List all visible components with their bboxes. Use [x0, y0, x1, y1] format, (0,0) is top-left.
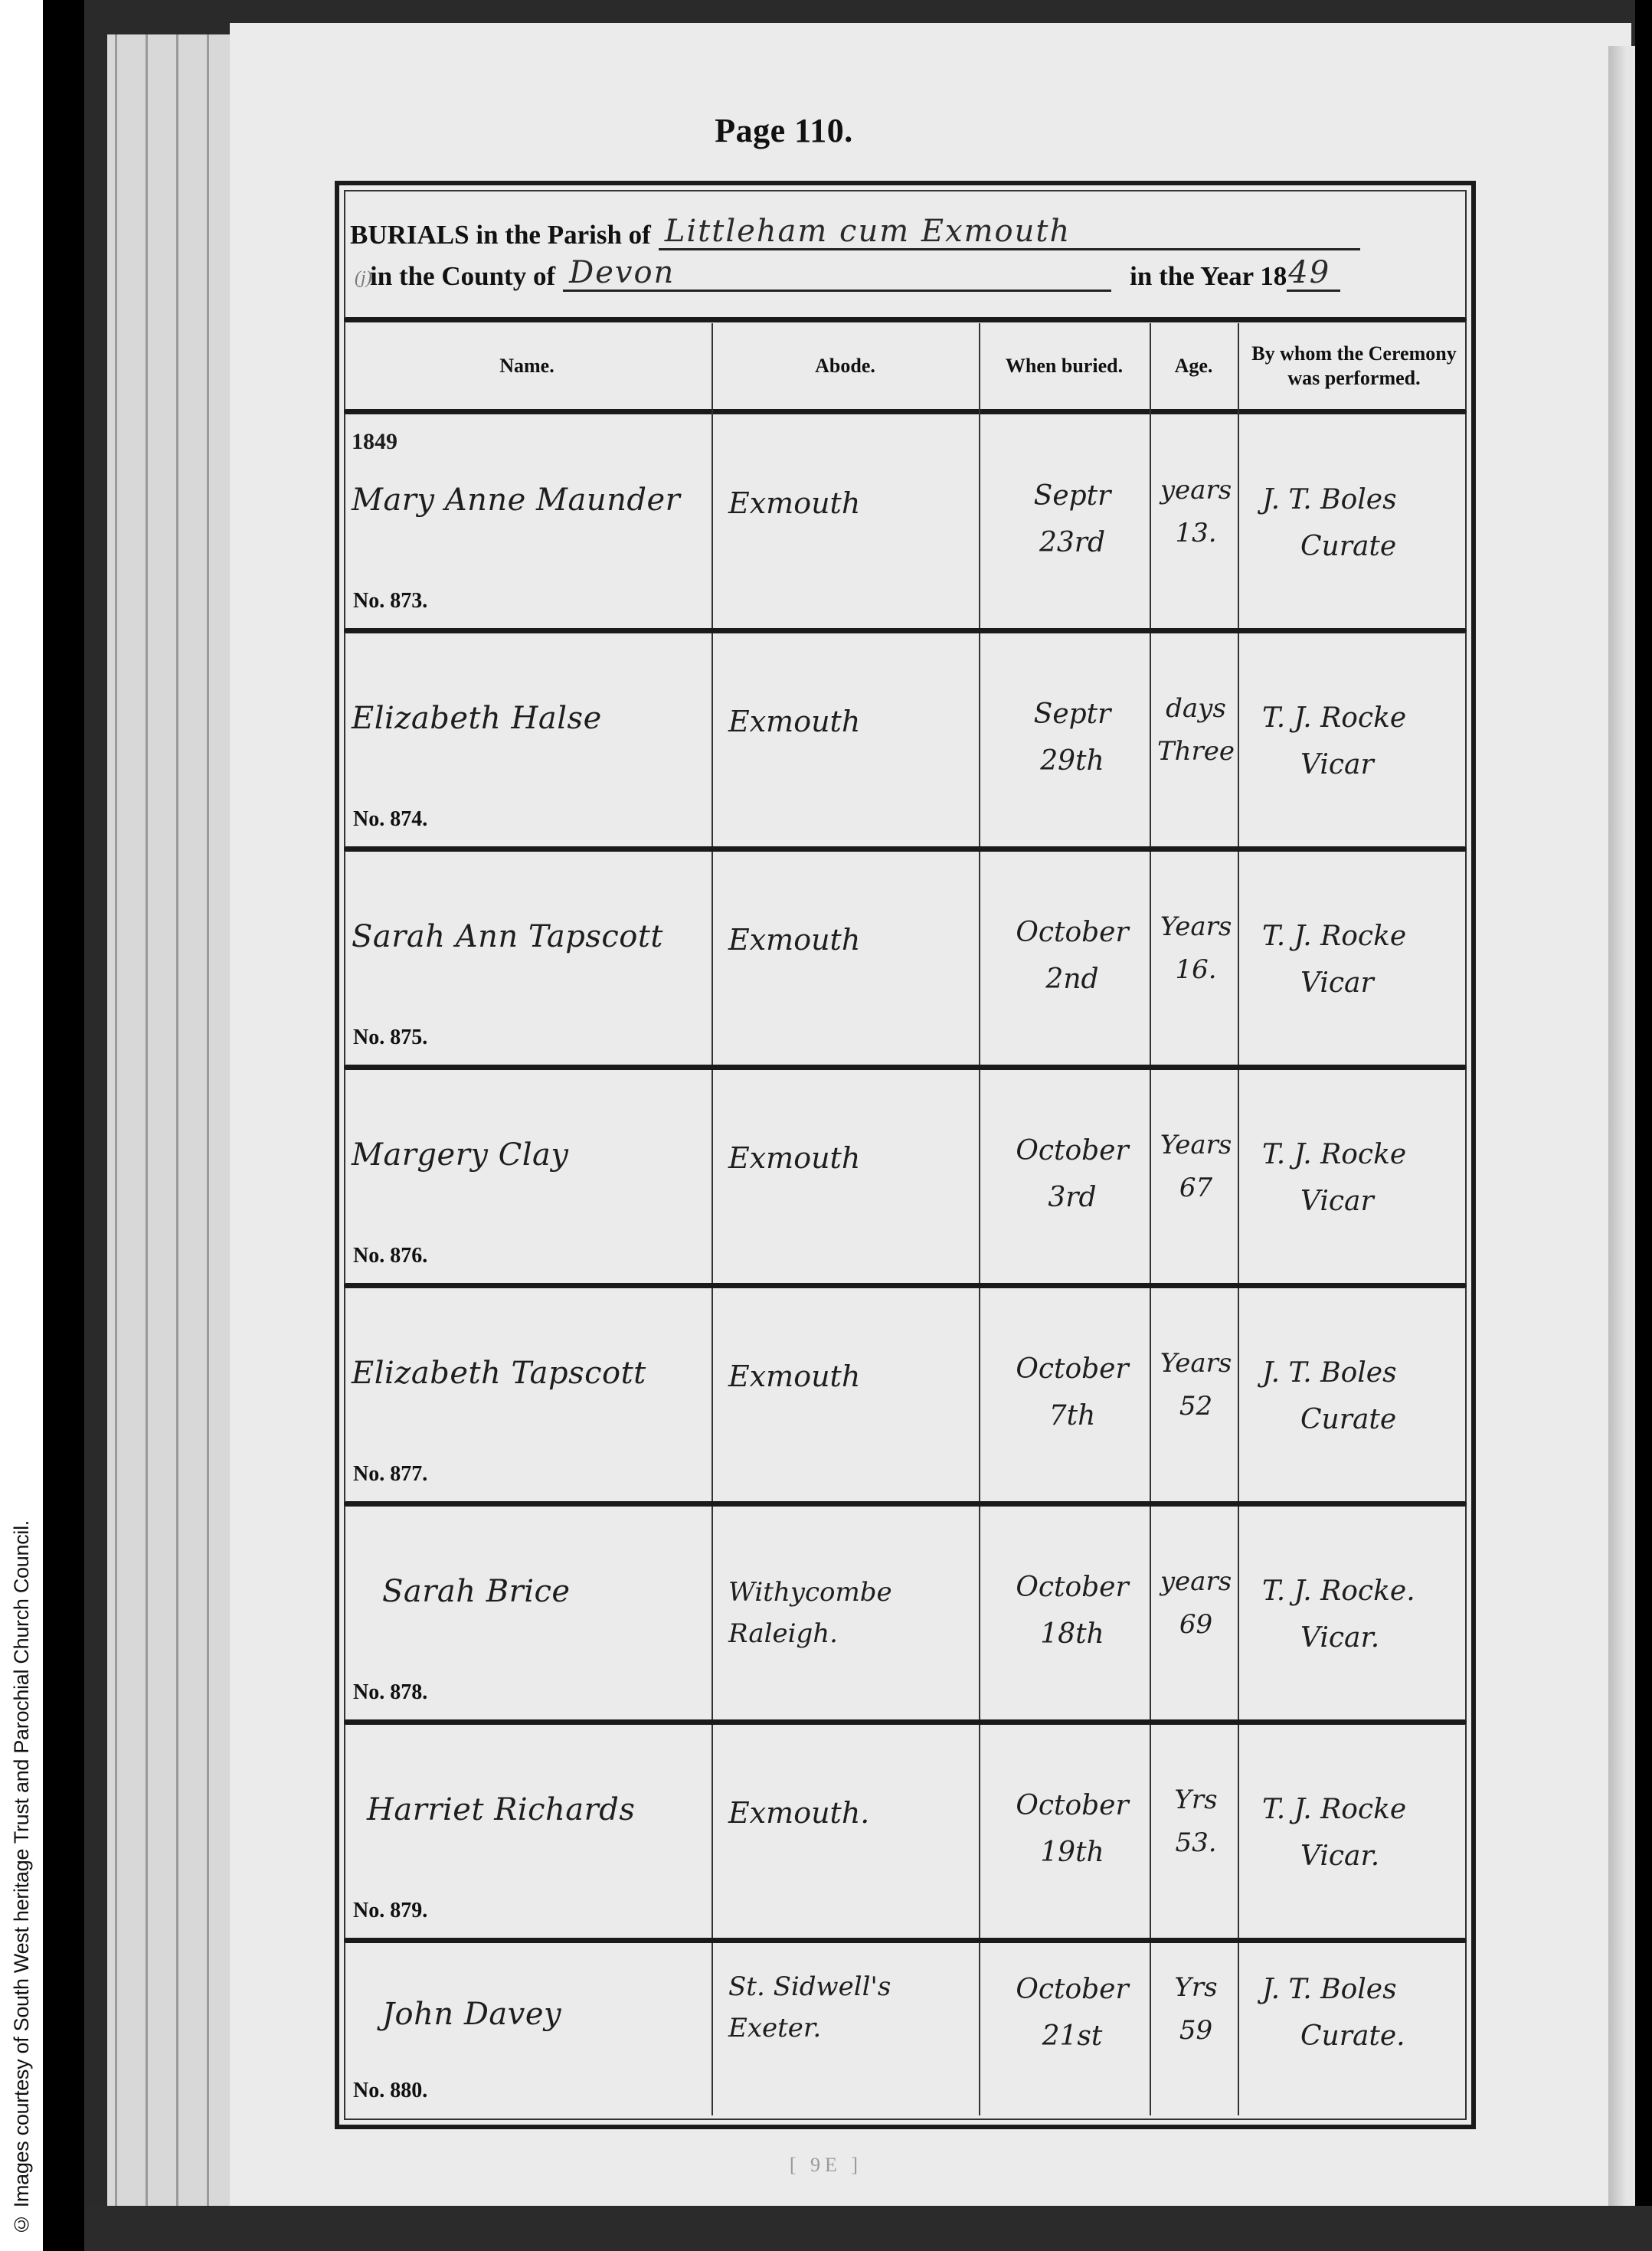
column-headers: Name. Abode. When buried. Age. By whom t…	[339, 323, 1471, 409]
officiant-cell: J. T. BolesCurate	[1239, 1288, 1469, 1499]
age-unit: years	[1160, 1566, 1232, 1597]
age-value: Years67	[1156, 1124, 1236, 1209]
burial-day: 3rd	[1048, 1182, 1096, 1213]
burial-day: 23rd	[1039, 527, 1105, 558]
age-cell: Years67	[1151, 1070, 1236, 1281]
officiant-name: J. T. Boles	[1262, 484, 1397, 515]
abode-cell: Exmouth	[713, 633, 977, 844]
page-edge	[207, 34, 209, 2221]
officiant-name: T. J. Rocke	[1262, 921, 1406, 952]
column-header-officiant: By whom the Ceremony was performed.	[1239, 323, 1469, 409]
printer-signature-mark: [ 9E ]	[0, 2154, 1652, 2177]
deceased-name: Elizabeth Halse	[352, 701, 602, 736]
burial-day: 21st	[1042, 2020, 1103, 2052]
burial-date: Septr23rd	[996, 473, 1149, 566]
year-value: 49	[1287, 256, 1340, 292]
age-value: years69	[1156, 1560, 1236, 1646]
burial-day: 2nd	[1045, 964, 1098, 995]
name-cell: Sarah Brice No. 878.	[344, 1507, 710, 1717]
abode-value: Exmouth	[728, 917, 860, 964]
age-number: 13.	[1175, 518, 1216, 548]
copyright-notice: © Images courtesy of South West heritage…	[0, 0, 43, 2251]
officiant-cell: T. J. RockeVicar	[1239, 633, 1469, 844]
column-header-abode: Abode.	[713, 323, 977, 409]
register-entry: Harriet Richards No. 879. Exmouth. Octob…	[339, 1725, 1471, 1943]
age-unit: Years	[1160, 911, 1232, 942]
row-rule	[344, 1719, 1467, 1725]
age-unit: Yrs	[1174, 1972, 1217, 2003]
row-rule	[344, 1938, 1467, 1943]
age-unit: Yrs	[1174, 1785, 1217, 1815]
age-cell: Yrs59	[1151, 1943, 1236, 2115]
burial-day: 19th	[1040, 1837, 1104, 1868]
age-cell: years13.	[1151, 415, 1236, 626]
age-unit: Years	[1160, 1348, 1232, 1379]
officiant-cell: T. J. RockeVicar.	[1239, 1725, 1469, 1935]
age-cell: Years52	[1151, 1288, 1236, 1499]
header-rule	[344, 409, 1467, 414]
page-edge	[176, 34, 178, 2221]
officiant: J. T. BolesCurate.	[1262, 1966, 1405, 2060]
age-value: daysThree	[1156, 687, 1236, 773]
burial-date: October7th	[996, 1346, 1149, 1439]
officiant-role: Curate	[1262, 1396, 1397, 1443]
column-header-age: Age.	[1151, 323, 1236, 409]
age-cell: years69	[1151, 1507, 1236, 1717]
abode-value: Exmouth.	[728, 1790, 869, 1837]
burial-date-cell: October2nd	[980, 852, 1148, 1062]
row-rule	[344, 628, 1467, 633]
age-number: 52	[1179, 1391, 1212, 1422]
age-cell: daysThree	[1151, 633, 1236, 844]
abode-value: Exmouth	[728, 1135, 860, 1182]
name-cell: Elizabeth Tapscott No. 877.	[344, 1288, 710, 1499]
burial-date-cell: October21st	[980, 1943, 1148, 2115]
abode-cell: St. Sidwell's Exeter.	[713, 1943, 977, 2115]
abode-value: St. Sidwell's Exeter.	[728, 1966, 958, 2050]
burial-day: 29th	[1040, 745, 1104, 777]
county-line: in the County of Devon in the Year 18 49	[370, 256, 1461, 292]
burial-date: October18th	[996, 1564, 1149, 1657]
name-cell: Harriet Richards No. 879.	[344, 1725, 710, 1935]
officiant-role: Vicar.	[1262, 1615, 1415, 1661]
name-cell: John Davey No. 880.	[344, 1943, 710, 2115]
page-edge	[146, 34, 148, 2221]
officiant-cell: T. J. RockeVicar	[1239, 1070, 1469, 1281]
age-unit: days	[1166, 693, 1226, 724]
burial-month: October	[1016, 1353, 1128, 1385]
column-header-when-buried: When buried.	[980, 323, 1148, 409]
burial-date: Septr29th	[996, 691, 1149, 784]
page-edge	[115, 34, 117, 2221]
register-entry: Elizabeth Halse No. 874. Exmouth Septr29…	[339, 633, 1471, 852]
name-cell: 1849 Mary Anne Maunder No. 873.	[344, 415, 710, 626]
parish-label: BURIALS in the Parish of	[350, 220, 651, 250]
officiant-cell: T. J. RockeVicar	[1239, 852, 1469, 1062]
age-number: Three	[1157, 736, 1235, 767]
abode-cell: Exmouth	[713, 415, 977, 626]
abode-cell: Exmouth	[713, 852, 977, 1062]
officiant-role: Curate.	[1262, 2013, 1405, 2060]
abode-value: Withycombe Raleigh.	[728, 1572, 958, 1655]
entry-number: No. 878.	[353, 1680, 427, 1705]
county-value: Devon	[563, 256, 1111, 292]
register-entry: 1849 Mary Anne Maunder No. 873. Exmouth …	[339, 415, 1471, 633]
officiant: J. T. BolesCurate	[1262, 476, 1397, 570]
name-cell: Margery Clay No. 876.	[344, 1070, 710, 1281]
burial-month: October	[1016, 1974, 1128, 2005]
copyright-text: © Images courtesy of South West heritage…	[10, 1520, 34, 2236]
parish-value: Littleham cum Exmouth	[659, 214, 1360, 250]
row-rule	[344, 1283, 1467, 1288]
abode-value: Exmouth	[728, 699, 860, 745]
deceased-name: Harriet Richards	[367, 1792, 635, 1827]
officiant-cell: J. T. BolesCurate	[1239, 415, 1469, 626]
age-value: Years52	[1156, 1342, 1236, 1428]
abode-cell: Exmouth	[713, 1070, 977, 1281]
register-entry: John Davey No. 880. St. Sidwell's Exeter…	[339, 1943, 1471, 2119]
burial-date-cell: October18th	[980, 1507, 1148, 1717]
officiant-name: T. J. Rocke.	[1262, 1575, 1415, 1607]
entry-number: No. 880.	[353, 2079, 427, 2103]
register-entry: Sarah Brice No. 878. Withycombe Raleigh.…	[339, 1507, 1471, 1725]
burial-month: October	[1016, 1572, 1128, 1603]
scan-border-right	[1635, 0, 1652, 2251]
entry-year-note: 1849	[352, 429, 397, 455]
age-number: 67	[1179, 1173, 1212, 1203]
heading-rule	[344, 317, 1467, 322]
register-entry: Elizabeth Tapscott No. 877. Exmouth Octo…	[339, 1288, 1471, 1507]
age-number: 59	[1179, 2015, 1212, 2046]
burial-register-table: BURIALS in the Parish of Littleham cum E…	[335, 181, 1476, 2129]
burial-month: October	[1016, 1135, 1128, 1166]
scan-border-bottom	[84, 2206, 1652, 2251]
burial-date-cell: October7th	[980, 1288, 1148, 1499]
entry-number: No. 874.	[353, 807, 427, 832]
parish-line: BURIALS in the Parish of Littleham cum E…	[350, 214, 1461, 250]
abode-cell: Exmouth	[713, 1288, 977, 1499]
name-cell: Sarah Ann Tapscott No. 875.	[344, 852, 710, 1062]
burial-date: October19th	[996, 1782, 1149, 1876]
age-value: Years16.	[1156, 905, 1236, 991]
officiant-name: J. T. Boles	[1262, 1357, 1397, 1389]
officiant-role: Vicar	[1262, 1178, 1406, 1225]
register-entry: Margery Clay No. 876. Exmouth October3rd…	[339, 1070, 1471, 1288]
age-value: Yrs59	[1156, 1966, 1236, 2052]
abode-value: Exmouth	[728, 480, 860, 527]
burial-date: October3rd	[996, 1127, 1149, 1221]
officiant-name: T. J. Rocke	[1262, 1139, 1406, 1170]
burial-date-cell: October19th	[980, 1725, 1148, 1935]
officiant: T. J. RockeVicar.	[1262, 1786, 1406, 1880]
burial-date-cell: October3rd	[980, 1070, 1148, 1281]
age-number: 16.	[1175, 954, 1216, 985]
name-cell: Elizabeth Halse No. 874.	[344, 633, 710, 844]
burial-date-cell: Septr29th	[980, 633, 1148, 844]
entry-number: No. 877.	[353, 1462, 427, 1487]
entry-number: No. 875.	[353, 1026, 427, 1050]
officiant-name: T. J. Rocke	[1262, 1794, 1406, 1825]
officiant-role: Vicar	[1262, 741, 1406, 788]
register-entry: Sarah Ann Tapscott No. 875. Exmouth Octo…	[339, 852, 1471, 1070]
officiant-cell: T. J. Rocke.Vicar.	[1239, 1507, 1469, 1717]
age-cell: Yrs53.	[1151, 1725, 1236, 1935]
page-number: Page 110.	[0, 111, 1652, 150]
age-cell: Years16.	[1151, 852, 1236, 1062]
entry-number: No. 876.	[353, 1244, 427, 1268]
burial-month: October	[1016, 1790, 1128, 1821]
year-label: in the Year 18	[1130, 261, 1287, 292]
officiant: T. J. RockeVicar	[1262, 1131, 1406, 1225]
column-header-name: Name.	[344, 323, 710, 409]
entry-number: No. 879.	[353, 1899, 427, 1923]
county-label: in the County of	[370, 261, 555, 292]
officiant-role: Vicar	[1262, 960, 1406, 1006]
scan-border-left	[43, 0, 84, 2251]
officiant: T. J. RockeVicar	[1262, 695, 1406, 788]
deceased-name: Mary Anne Maunder	[352, 483, 680, 518]
abode-cell: Withycombe Raleigh.	[713, 1507, 977, 1717]
row-rule	[344, 1065, 1467, 1070]
deceased-name: Sarah Brice	[382, 1574, 571, 1609]
deceased-name: Elizabeth Tapscott	[352, 1356, 646, 1391]
burial-date-cell: Septr23rd	[980, 415, 1148, 626]
officiant: T. J. Rocke.Vicar.	[1262, 1568, 1415, 1661]
officiant-cell: J. T. BolesCurate.	[1239, 1943, 1469, 2115]
page-number-label: Page 110.	[715, 111, 852, 150]
age-value: Yrs53.	[1156, 1778, 1236, 1864]
age-value: years13.	[1156, 469, 1236, 555]
officiant-name: T. J. Rocke	[1262, 702, 1406, 734]
officiant: J. T. BolesCurate	[1262, 1350, 1397, 1443]
age-number: 53.	[1175, 1827, 1216, 1858]
officiant-name: J. T. Boles	[1262, 1974, 1397, 2005]
burial-day: 18th	[1040, 1618, 1104, 1650]
burial-month: Septr	[1034, 699, 1111, 730]
age-number: 69	[1179, 1609, 1212, 1640]
deceased-name: John Davey	[382, 1997, 561, 2032]
deceased-name: Margery Clay	[352, 1137, 568, 1173]
row-rule	[344, 846, 1467, 852]
row-rule	[344, 1501, 1467, 1507]
burial-month: Septr	[1034, 480, 1111, 512]
abode-cell: Exmouth.	[713, 1725, 977, 1935]
age-unit: Years	[1160, 1130, 1232, 1160]
age-unit: years	[1160, 475, 1232, 505]
register-entries: 1849 Mary Anne Maunder No. 873. Exmouth …	[339, 415, 1471, 2125]
abode-value: Exmouth	[728, 1353, 860, 1400]
officiant-role: Vicar.	[1262, 1833, 1406, 1880]
officiant: T. J. RockeVicar	[1262, 913, 1406, 1006]
officiant-role: Curate	[1262, 523, 1397, 570]
entry-number: No. 873.	[353, 589, 427, 613]
register-heading: BURIALS in the Parish of Littleham cum E…	[339, 185, 1471, 316]
burial-day: 7th	[1049, 1400, 1096, 1431]
burial-month: October	[1016, 917, 1128, 948]
burial-date: October2nd	[996, 909, 1149, 1003]
burial-date: October21st	[996, 1966, 1149, 2060]
deceased-name: Sarah Ann Tapscott	[352, 919, 663, 954]
